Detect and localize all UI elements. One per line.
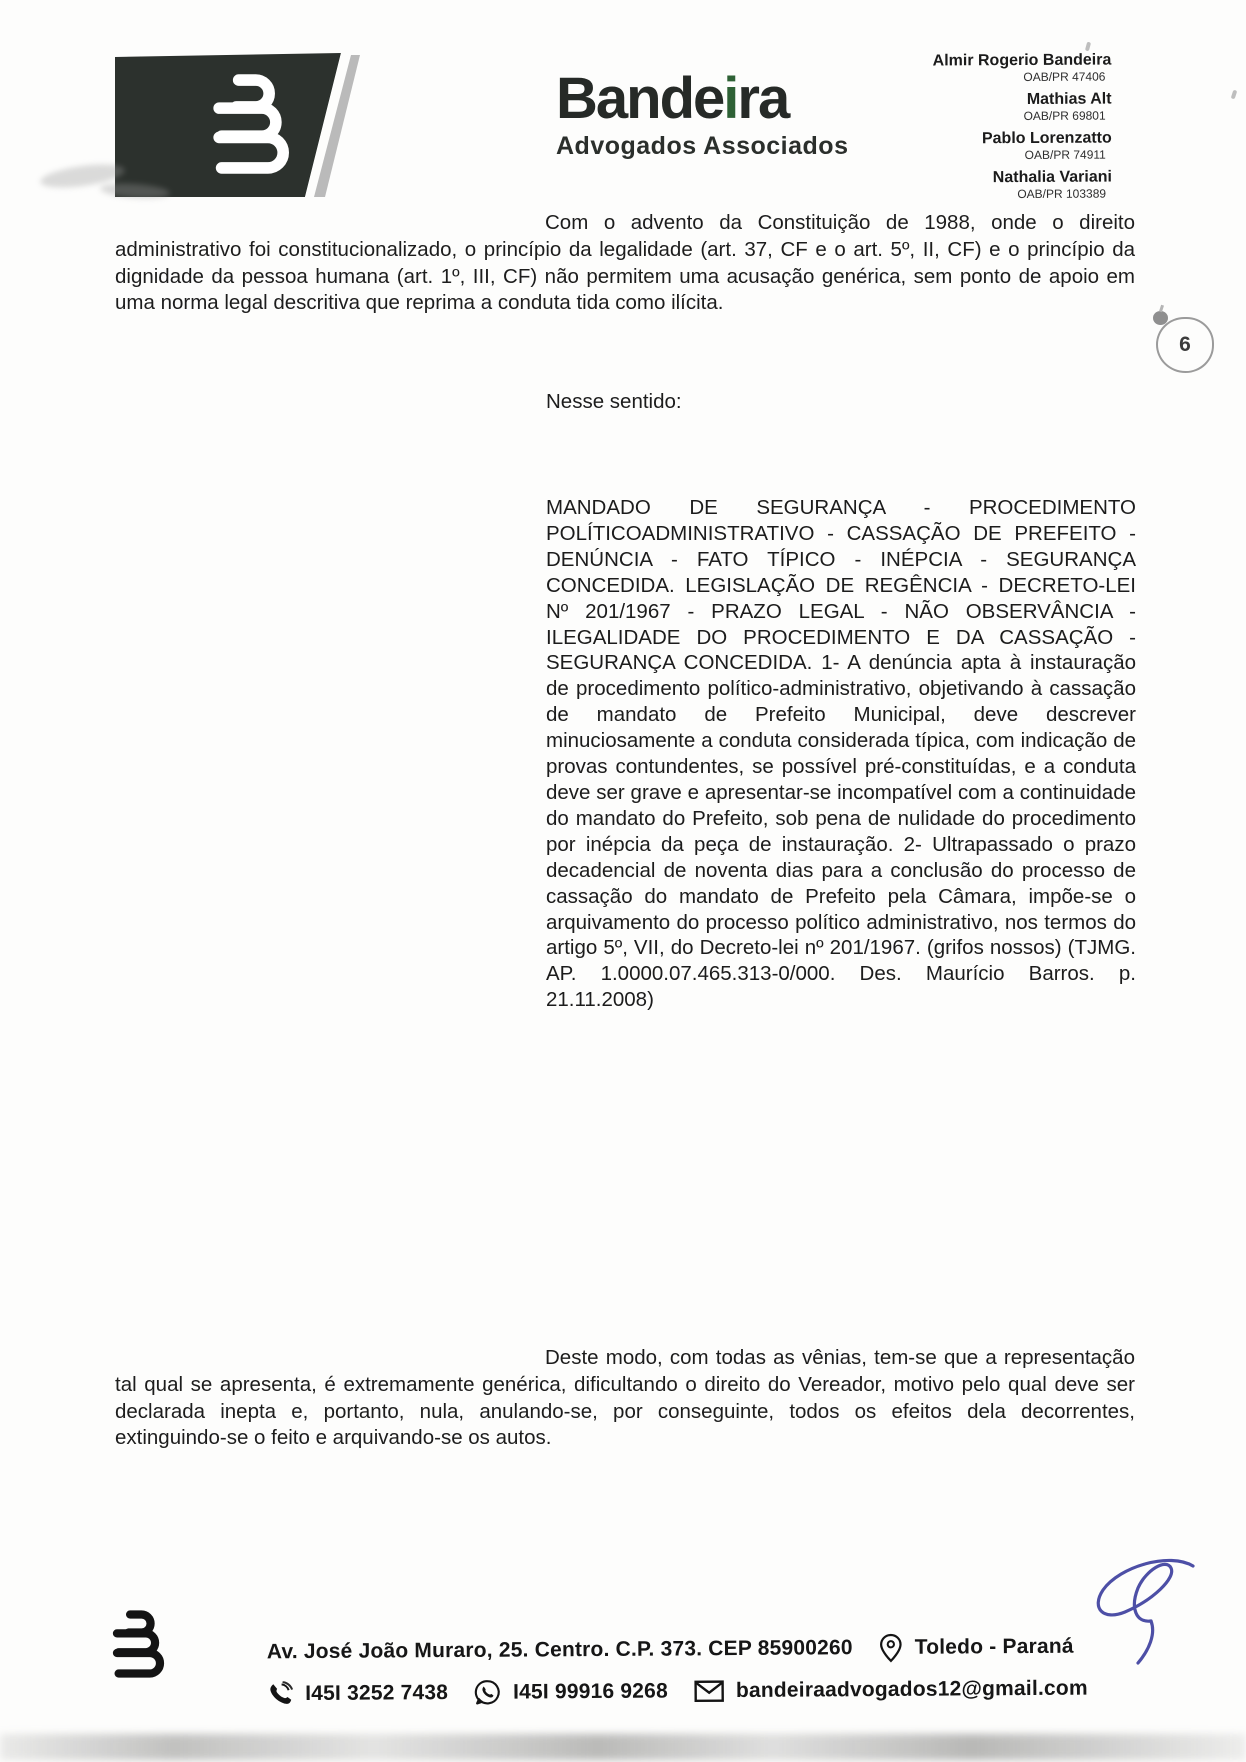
document-page: Bandeira Advogados Associados Almir Roge… xyxy=(0,0,1246,1762)
firm-name: Bandeira xyxy=(556,70,856,128)
page-number-badge: 6 xyxy=(1156,317,1214,373)
lawyers-list: Almir Rogerio Bandeira OAB/PR 47406 Math… xyxy=(933,52,1113,209)
footer-address-line: Av. José João Muraro, 25. Centro. C.P. 3… xyxy=(267,1631,1217,1668)
page-number: 6 xyxy=(1179,333,1191,357)
lawyer-entry: Pablo Lorenzatto OAB/PR 74911 xyxy=(933,130,1112,163)
scan-bottom-band xyxy=(0,1734,1246,1760)
footer-whatsapp: I45I 99916 9268 xyxy=(513,1679,668,1704)
lawyer-name: Almir Rogerio Bandeira xyxy=(933,52,1112,71)
lawyer-entry: Mathias Alt OAB/PR 69801 xyxy=(933,91,1112,124)
footer-contact: Av. José João Muraro, 25. Centro. C.P. 3… xyxy=(267,1631,1217,1708)
lawyer-oab: OAB/PR 69801 xyxy=(933,109,1112,124)
scan-speck xyxy=(1085,42,1091,52)
footer-email: bandeiraadvogados12@gmail.com xyxy=(736,1676,1088,1702)
lawyer-name: Pablo Lorenzatto xyxy=(933,130,1112,149)
firm-name-prefix: Bande xyxy=(556,66,723,131)
footer-address: Av. José João Muraro, 25. Centro. C.P. 3… xyxy=(267,1636,853,1664)
envelope-icon xyxy=(694,1680,724,1702)
firm-name-accent-letter: i xyxy=(723,66,737,131)
lawyer-entry: Nathalia Variani OAB/PR 103389 xyxy=(934,169,1113,202)
location-pin-icon xyxy=(879,1633,903,1663)
flag-b-footer-icon xyxy=(94,1596,176,1692)
firm-brand: Bandeira Advogados Associados xyxy=(556,70,856,161)
paragraph-conclusion: Deste modo, com todas as vênias, tem-se … xyxy=(115,1345,1135,1452)
paragraph-intro: Com o advento da Constituição de 1988, o… xyxy=(115,210,1135,317)
lawyer-entry: Almir Rogerio Bandeira OAB/PR 47406 xyxy=(933,52,1112,85)
footer-logo xyxy=(94,1596,176,1697)
scan-smudge xyxy=(30,158,200,213)
footer-phones-line: I45I 3252 7438 I45I 99916 9268 bandeiraa… xyxy=(267,1674,1217,1708)
lead-in-text: Nesse sentido: xyxy=(546,390,682,414)
case-law-citation: MANDADO DE SEGURANÇA - PROCEDIMENTO POLÍ… xyxy=(546,495,1136,1013)
badge-dot xyxy=(1153,311,1168,325)
lawyer-oab: OAB/PR 103389 xyxy=(934,187,1113,202)
whatsapp-icon xyxy=(474,1679,501,1706)
scan-speck xyxy=(1231,90,1238,100)
lawyer-name: Mathias Alt xyxy=(933,91,1112,110)
footer-city: Toledo - Paraná xyxy=(915,1635,1074,1660)
firm-name-suffix: ra xyxy=(737,66,788,131)
lawyer-name: Nathalia Variani xyxy=(934,169,1113,188)
lawyer-oab: OAB/PR 74911 xyxy=(933,148,1112,163)
footer-phone: I45I 3252 7438 xyxy=(305,1681,448,1706)
phone-icon xyxy=(267,1681,293,1707)
firm-subtitle: Advogados Associados xyxy=(556,132,856,161)
lawyer-oab: OAB/PR 47406 xyxy=(933,70,1112,85)
